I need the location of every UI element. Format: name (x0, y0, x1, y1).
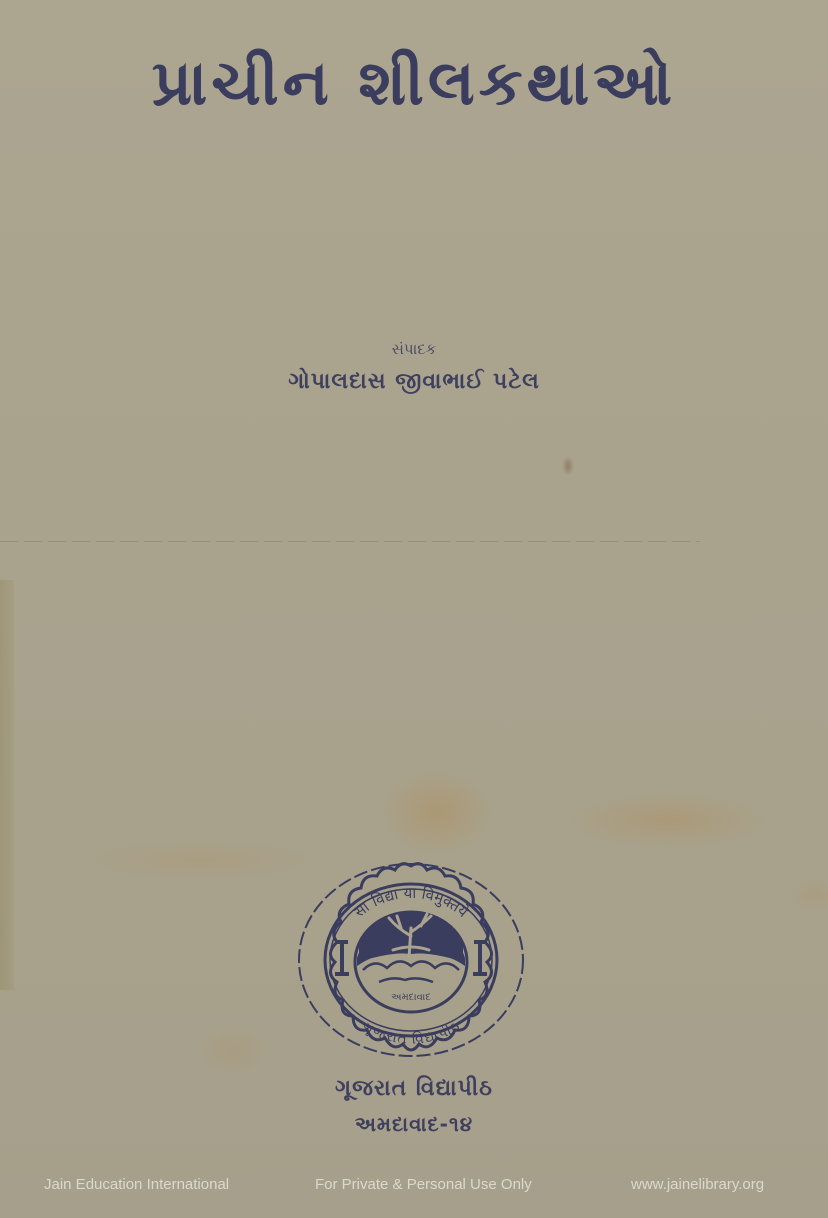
spine-edge-strip (0, 580, 14, 990)
footer-website-link[interactable]: www.jainelibrary.org (631, 1174, 764, 1196)
footer-usage-note: For Private & Personal Use Only (315, 1174, 532, 1196)
watermark-footer: Jain Education International For Private… (0, 1174, 828, 1196)
editor-label: સંપાદક (0, 339, 828, 359)
footer-org: Jain Education International (44, 1174, 229, 1196)
tree-emblem-icon: सा विद्या या विमुक्तये ગૂજરાત વિદ્યાપીઠ … (293, 858, 529, 1062)
publisher-city: અમદાવાદ-૧૪ (0, 1109, 828, 1139)
fold-line (0, 541, 700, 542)
editor-name: ગોપાલદાસ જીવાભાઈ પટેલ (0, 366, 828, 398)
book-cover-page: પ્રાચીન શીલકથાઓ સંપાદક ગોપાલદાસ જીવાભાઈ … (0, 0, 828, 1218)
book-title: પ્રાચીન શીલકથાઓ (0, 38, 828, 128)
seal-city: અમદાવાદ (391, 992, 431, 1003)
publisher-name: ગૂજરાત વિદ્યાપીઠ (0, 1073, 828, 1105)
publisher-seal: सा विद्या या विमुक्तये ગૂજરાત વિદ્યાપીઠ … (293, 858, 529, 1062)
